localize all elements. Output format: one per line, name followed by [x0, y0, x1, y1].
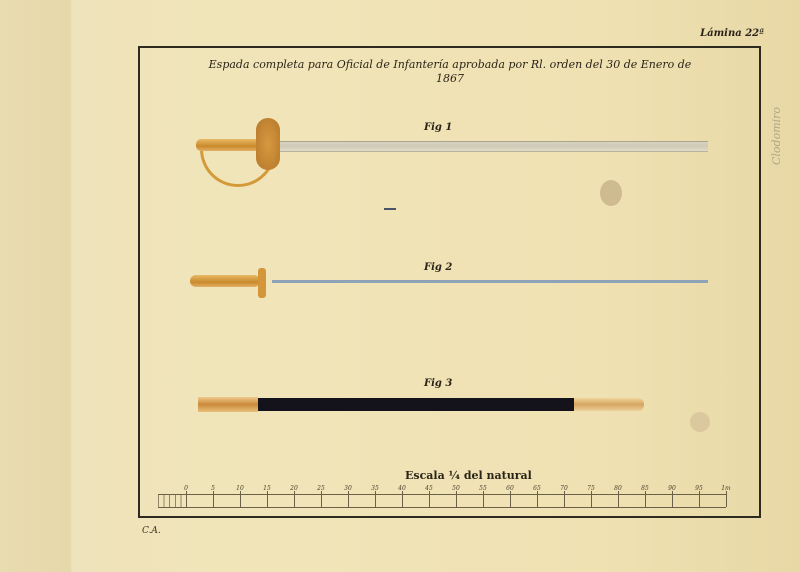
- scale-tick-label: 45: [425, 485, 433, 492]
- scale-tick-label: 40: [398, 485, 406, 492]
- scale-tick-label: 80: [614, 485, 622, 492]
- scale-tick: [429, 491, 430, 507]
- scale-tick-label: 10: [236, 485, 244, 492]
- scale-tick: [213, 491, 214, 507]
- scale-tick: [564, 491, 565, 507]
- scale-tick-label: 65: [533, 485, 541, 492]
- scale-tick-label: 60: [506, 485, 514, 492]
- figure-3-label: Fig 3: [424, 378, 452, 389]
- scale-tick: [186, 491, 187, 507]
- scale-tick: [294, 491, 295, 507]
- figure-2-label: Fig 2: [424, 262, 452, 273]
- scale-tick-label: 35: [371, 485, 379, 492]
- scale-tick-label: 50: [452, 485, 460, 492]
- scale-tick: [483, 491, 484, 507]
- title-line-1: Espada completa para Oficial de Infanter…: [160, 58, 740, 72]
- title-line-2: 1867: [160, 72, 740, 86]
- sword-shell-guard: [256, 118, 280, 170]
- sword-blade: [272, 280, 708, 283]
- scale-tick: [699, 491, 700, 507]
- scale-tick: [321, 491, 322, 507]
- signature: C.A.: [142, 526, 161, 536]
- ink-mark: [384, 208, 396, 210]
- scabbard-throat: [198, 397, 258, 412]
- sword-grip: [190, 275, 260, 287]
- scabbard-chape: [574, 398, 644, 411]
- scale-tick-label: 0: [184, 485, 188, 492]
- scale-tick: [510, 491, 511, 507]
- scale-tick: [537, 491, 538, 507]
- scale-tick-label: 20: [290, 485, 298, 492]
- scale-tick-label: 95: [695, 485, 703, 492]
- scale-tick: [240, 491, 241, 507]
- margin-note: Clodomiro: [770, 107, 783, 165]
- figure-1-label: Fig 1: [424, 122, 452, 133]
- scale-tick: [375, 491, 376, 507]
- scale-tick: [402, 491, 403, 507]
- scale-tick-label: 30: [344, 485, 352, 492]
- scale-tick: [456, 491, 457, 507]
- scale-tick-label: 85: [641, 485, 649, 492]
- scale-tick: [348, 491, 349, 507]
- scale-tick-label: 55: [479, 485, 487, 492]
- scale-tick-label: 70: [560, 485, 568, 492]
- document-title: Espada completa para Oficial de Infanter…: [160, 58, 740, 86]
- scale-tick-label: 5: [211, 485, 215, 492]
- sword-crossguard: [258, 268, 266, 298]
- scale-tick-label: 75: [587, 485, 595, 492]
- scale-tick-label: 90: [668, 485, 676, 492]
- plate-number: Lámina 22ª: [700, 28, 764, 39]
- scale-bar: 051015202530354045505560657075808590951m: [158, 494, 726, 508]
- scale-subdivisions: [158, 495, 187, 507]
- scale-tick-label: 15: [263, 485, 271, 492]
- sword-blade: [278, 141, 708, 152]
- scale-tick: [618, 491, 619, 507]
- scale-tick: [267, 491, 268, 507]
- scale-title: Escala ¼ del natural: [405, 469, 532, 482]
- scabbard-body: [258, 398, 574, 411]
- scale-tick: [672, 491, 673, 507]
- scale-tick: [591, 491, 592, 507]
- scale-tick-label: 1m: [721, 485, 731, 492]
- scale-tick: [726, 491, 727, 507]
- scale-tick-label: 25: [317, 485, 325, 492]
- scale-tick: [645, 491, 646, 507]
